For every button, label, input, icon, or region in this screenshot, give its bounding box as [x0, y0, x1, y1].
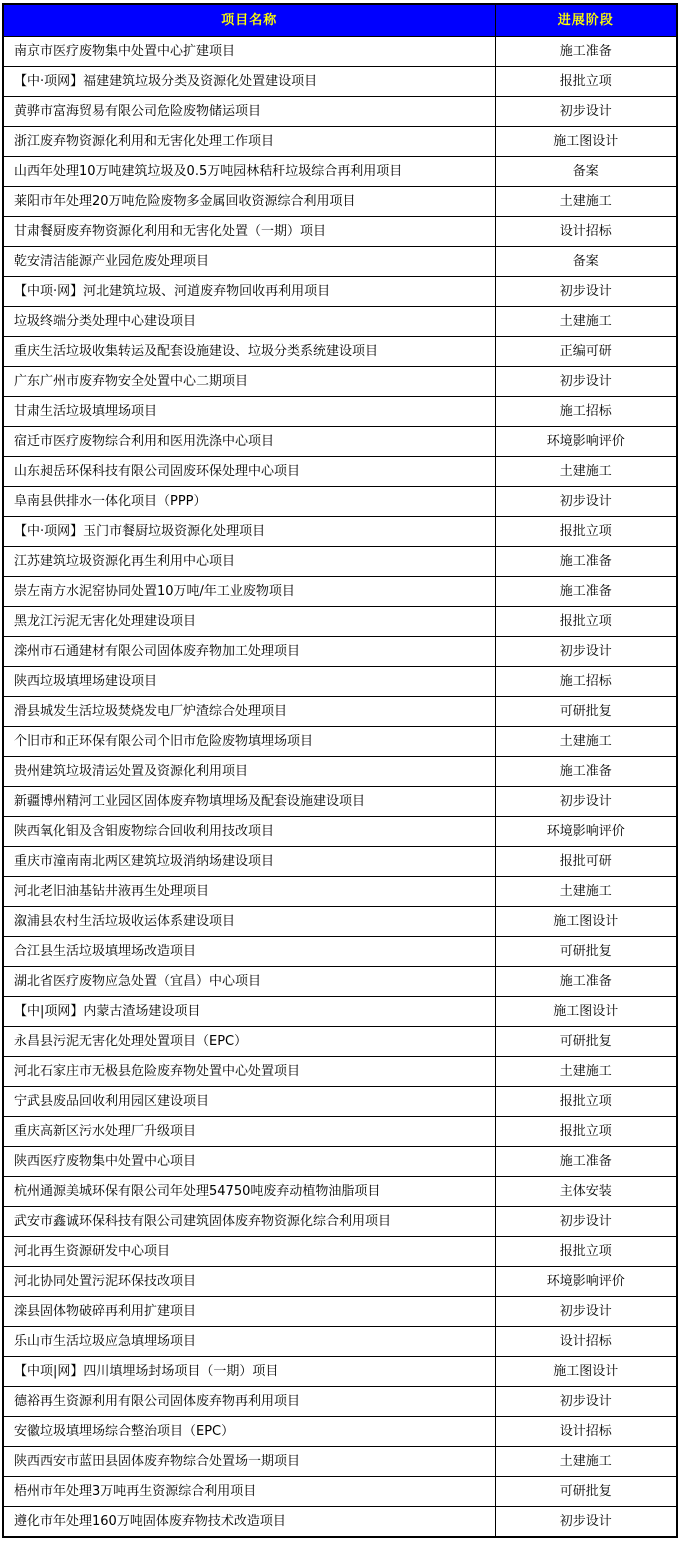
project-name-cell: 重庆高新区污水处理厂升级项目	[3, 1117, 495, 1147]
table-row: 重庆高新区污水处理厂升级项目 报批立项	[3, 1117, 677, 1147]
column-header-stage: 进展阶段	[495, 4, 677, 37]
project-name-cell: 合江县生活垃圾填埋场改造项目	[3, 937, 495, 967]
project-name-cell: 陕西氧化钼及含钼废物综合回收利用技改项目	[3, 817, 495, 847]
project-name-cell: 滑县城发生活垃圾焚烧发电厂炉渣综合处理项目	[3, 697, 495, 727]
stage-cell: 环境影响评价	[495, 427, 677, 457]
table-row: 甘肃生活垃圾填埋场项目 施工招标	[3, 397, 677, 427]
table-row: 滑县城发生活垃圾焚烧发电厂炉渣综合处理项目 可研批复	[3, 697, 677, 727]
project-name-cell: 【中|项网】内蒙古渣场建设项目	[3, 997, 495, 1027]
table-row: 滦县固体物破碎再利用扩建项目 初步设计	[3, 1297, 677, 1327]
stage-cell: 报批可研	[495, 847, 677, 877]
stage-cell: 报批立项	[495, 1237, 677, 1267]
table-row: 德裕再生资源利用有限公司固体废弃物再利用项目 初步设计	[3, 1387, 677, 1417]
project-name-cell: 贵州建筑垃圾清运处置及资源化利用项目	[3, 757, 495, 787]
table-row: 垃圾终端分类处理中心建设项目 土建施工	[3, 307, 677, 337]
table-row: 陕西氧化钼及含钼废物综合回收利用技改项目 环境影响评价	[3, 817, 677, 847]
project-name-cell: 湖北省医疗废物应急处置（宜昌）中心项目	[3, 967, 495, 997]
stage-cell: 初步设计	[495, 367, 677, 397]
stage-cell: 土建施工	[495, 1447, 677, 1477]
page-body: 项目名称 进展阶段 南京市医疗废物集中处置中心扩建项目 施工准备 【中·项网】福…	[0, 0, 685, 1542]
project-name-cell: 广东广州市废弃物安全处置中心二期项目	[3, 367, 495, 397]
table-row: 梧州市年处理3万吨再生资源综合利用项目 可研批复	[3, 1477, 677, 1507]
stage-cell: 土建施工	[495, 457, 677, 487]
stage-cell: 施工准备	[495, 967, 677, 997]
project-name-cell: 山西年处理10万吨建筑垃圾及0.5万吨园林秸秆垃圾综合再利用项目	[3, 157, 495, 187]
table-row: 阜南县供排水一体化项目（PPP） 初步设计	[3, 487, 677, 517]
stage-cell: 施工图设计	[495, 907, 677, 937]
stage-cell: 土建施工	[495, 307, 677, 337]
stage-cell: 土建施工	[495, 187, 677, 217]
table-row: 安徽垃圾填埋场综合整治项目（EPC） 设计招标	[3, 1417, 677, 1447]
table-row: 杭州通源美城环保有限公司年处理54750吨废弃动植物油脂项目 主体安装	[3, 1177, 677, 1207]
column-header-project-name: 项目名称	[3, 4, 495, 37]
table-row: 陕西垃圾填埋场建设项目 施工招标	[3, 667, 677, 697]
table-row: 甘肃餐厨废弃物资源化利用和无害化处置（一期）项目 设计招标	[3, 217, 677, 247]
table-row: 山西年处理10万吨建筑垃圾及0.5万吨园林秸秆垃圾综合再利用项目 备案	[3, 157, 677, 187]
table-row: 个旧市和正环保有限公司个旧市危险废物填埋场项目 土建施工	[3, 727, 677, 757]
stage-cell: 报批立项	[495, 1087, 677, 1117]
stage-cell: 报批立项	[495, 607, 677, 637]
table-row: 南京市医疗废物集中处置中心扩建项目 施工准备	[3, 37, 677, 67]
project-name-cell: 重庆生活垃圾收集转运及配套设施建设、垃圾分类系统建设项目	[3, 337, 495, 367]
project-name-cell: 甘肃生活垃圾填埋场项目	[3, 397, 495, 427]
table-row: 【中·项网】福建建筑垃圾分类及资源化处置建设项目 报批立项	[3, 67, 677, 97]
table-row: 浙江废弃物资源化利用和无害化处理工作项目 施工图设计	[3, 127, 677, 157]
stage-cell: 施工招标	[495, 667, 677, 697]
stage-cell: 主体安装	[495, 1177, 677, 1207]
table-row: 宁武县废品回收利用园区建设项目 报批立项	[3, 1087, 677, 1117]
project-name-cell: 遵化市年处理160万吨固体废弃物技术改造项目	[3, 1507, 495, 1538]
project-name-cell: 滦州市石通建材有限公司固体废弃物加工处理项目	[3, 637, 495, 667]
project-name-cell: 黄骅市富海贸易有限公司危险废物储运项目	[3, 97, 495, 127]
project-name-cell: 【中·项网】福建建筑垃圾分类及资源化处置建设项目	[3, 67, 495, 97]
table-row: 崇左南方水泥窑协同处置10万吨/年工业废物项目 施工准备	[3, 577, 677, 607]
table-row: 贵州建筑垃圾清运处置及资源化利用项目 施工准备	[3, 757, 677, 787]
stage-cell: 土建施工	[495, 1057, 677, 1087]
project-name-cell: 江苏建筑垃圾资源化再生利用中心项目	[3, 547, 495, 577]
table-row: 陕西医疗废物集中处置中心项目 施工准备	[3, 1147, 677, 1177]
table-row: 莱阳市年处理20万吨危险废物多金属回收资源综合利用项目 土建施工	[3, 187, 677, 217]
table-row: 河北协同处置污泥环保技改项目 环境影响评价	[3, 1267, 677, 1297]
stage-cell: 初步设计	[495, 1507, 677, 1538]
project-name-cell: 安徽垃圾填埋场综合整治项目（EPC）	[3, 1417, 495, 1447]
project-name-cell: 个旧市和正环保有限公司个旧市危险废物填埋场项目	[3, 727, 495, 757]
table-header: 项目名称 进展阶段	[3, 4, 677, 37]
project-name-cell: 河北石家庄市无极县危险废弃物处置中心处置项目	[3, 1057, 495, 1087]
project-name-cell: 杭州通源美城环保有限公司年处理54750吨废弃动植物油脂项目	[3, 1177, 495, 1207]
stage-cell: 可研批复	[495, 1027, 677, 1057]
table-row: 【中|项网】内蒙古渣场建设项目 施工图设计	[3, 997, 677, 1027]
table-row: 重庆市潼南南北两区建筑垃圾消纳场建设项目 报批可研	[3, 847, 677, 877]
stage-cell: 施工准备	[495, 547, 677, 577]
table-row: 黑龙江污泥无害化处理建设项目 报批立项	[3, 607, 677, 637]
table-row: 江苏建筑垃圾资源化再生利用中心项目 施工准备	[3, 547, 677, 577]
project-name-cell: 永昌县污泥无害化处理处置项目（EPC）	[3, 1027, 495, 1057]
project-name-cell: 垃圾终端分类处理中心建设项目	[3, 307, 495, 337]
project-name-cell: 溆浦县农村生活垃圾收运体系建设项目	[3, 907, 495, 937]
stage-cell: 施工图设计	[495, 127, 677, 157]
stage-cell: 初步设计	[495, 1297, 677, 1327]
stage-cell: 可研批复	[495, 1477, 677, 1507]
stage-cell: 备案	[495, 247, 677, 277]
table-row: 溆浦县农村生活垃圾收运体系建设项目 施工图设计	[3, 907, 677, 937]
table-row: 乐山市生活垃圾应急填埋场项目 设计招标	[3, 1327, 677, 1357]
table-row: 【中·项网】玉门市餐厨垃圾资源化处理项目 报批立项	[3, 517, 677, 547]
table-row: 【中项|网】四川填埋场封场项目（一期）项目 施工图设计	[3, 1357, 677, 1387]
project-name-cell: 南京市医疗废物集中处置中心扩建项目	[3, 37, 495, 67]
project-name-cell: 乾安清洁能源产业园危废处理项目	[3, 247, 495, 277]
project-name-cell: 河北再生资源研发中心项目	[3, 1237, 495, 1267]
stage-cell: 土建施工	[495, 727, 677, 757]
stage-cell: 设计招标	[495, 1417, 677, 1447]
project-name-cell: 浙江废弃物资源化利用和无害化处理工作项目	[3, 127, 495, 157]
table-row: 河北老旧油基钻井液再生处理项目 土建施工	[3, 877, 677, 907]
project-name-cell: 滦县固体物破碎再利用扩建项目	[3, 1297, 495, 1327]
stage-cell: 设计招标	[495, 217, 677, 247]
table-row: 湖北省医疗废物应急处置（宜昌）中心项目 施工准备	[3, 967, 677, 997]
project-name-cell: 阜南县供排水一体化项目（PPP）	[3, 487, 495, 517]
stage-cell: 施工图设计	[495, 1357, 677, 1387]
projects-table: 项目名称 进展阶段 南京市医疗废物集中处置中心扩建项目 施工准备 【中·项网】福…	[2, 3, 678, 1538]
stage-cell: 施工准备	[495, 757, 677, 787]
project-name-cell: 梧州市年处理3万吨再生资源综合利用项目	[3, 1477, 495, 1507]
stage-cell: 施工准备	[495, 37, 677, 67]
project-name-cell: 德裕再生资源利用有限公司固体废弃物再利用项目	[3, 1387, 495, 1417]
stage-cell: 初步设计	[495, 277, 677, 307]
stage-cell: 初步设计	[495, 1207, 677, 1237]
stage-cell: 环境影响评价	[495, 1267, 677, 1297]
header-row: 项目名称 进展阶段	[3, 4, 677, 37]
table-row: 河北再生资源研发中心项目 报批立项	[3, 1237, 677, 1267]
stage-cell: 报批立项	[495, 517, 677, 547]
project-name-cell: 陕西垃圾填埋场建设项目	[3, 667, 495, 697]
stage-cell: 可研批复	[495, 937, 677, 967]
stage-cell: 施工图设计	[495, 997, 677, 1027]
project-name-cell: 陕西西安市蓝田县固体废弃物综合处置场一期项目	[3, 1447, 495, 1477]
stage-cell: 设计招标	[495, 1327, 677, 1357]
project-name-cell: 【中·项网】玉门市餐厨垃圾资源化处理项目	[3, 517, 495, 547]
project-name-cell: 河北老旧油基钻井液再生处理项目	[3, 877, 495, 907]
project-name-cell: 黑龙江污泥无害化处理建设项目	[3, 607, 495, 637]
stage-cell: 备案	[495, 157, 677, 187]
stage-cell: 土建施工	[495, 877, 677, 907]
stage-cell: 报批立项	[495, 1117, 677, 1147]
stage-cell: 施工准备	[495, 577, 677, 607]
table-row: 黄骅市富海贸易有限公司危险废物储运项目 初步设计	[3, 97, 677, 127]
stage-cell: 初步设计	[495, 1387, 677, 1417]
project-name-cell: 武安市鑫诚环保科技有限公司建筑固体废弃物资源化综合利用项目	[3, 1207, 495, 1237]
project-name-cell: 山东昶岳环保科技有限公司固废环保处理中心项目	[3, 457, 495, 487]
stage-cell: 报批立项	[495, 67, 677, 97]
table-row: 宿迁市医疗废物综合利用和医用洗涤中心项目 环境影响评价	[3, 427, 677, 457]
stage-cell: 初步设计	[495, 637, 677, 667]
table-row: 遵化市年处理160万吨固体废弃物技术改造项目 初步设计	[3, 1507, 677, 1538]
table-row: 永昌县污泥无害化处理处置项目（EPC） 可研批复	[3, 1027, 677, 1057]
stage-cell: 施工准备	[495, 1147, 677, 1177]
stage-cell: 环境影响评价	[495, 817, 677, 847]
stage-cell: 可研批复	[495, 697, 677, 727]
project-name-cell: 【中项·网】河北建筑垃圾、河道废弃物回收再利用项目	[3, 277, 495, 307]
table-row: 乾安清洁能源产业园危废处理项目 备案	[3, 247, 677, 277]
table-row: 【中项·网】河北建筑垃圾、河道废弃物回收再利用项目 初步设计	[3, 277, 677, 307]
table-row: 滦州市石通建材有限公司固体废弃物加工处理项目 初步设计	[3, 637, 677, 667]
project-name-cell: 宁武县废品回收利用园区建设项目	[3, 1087, 495, 1117]
table-row: 武安市鑫诚环保科技有限公司建筑固体废弃物资源化综合利用项目 初步设计	[3, 1207, 677, 1237]
stage-cell: 初步设计	[495, 787, 677, 817]
table-row: 新疆博州精河工业园区固体废弃物填埋场及配套设施建设项目 初步设计	[3, 787, 677, 817]
project-name-cell: 乐山市生活垃圾应急填埋场项目	[3, 1327, 495, 1357]
stage-cell: 施工招标	[495, 397, 677, 427]
table-row: 重庆生活垃圾收集转运及配套设施建设、垃圾分类系统建设项目 正编可研	[3, 337, 677, 367]
table-row: 河北石家庄市无极县危险废弃物处置中心处置项目 土建施工	[3, 1057, 677, 1087]
project-name-cell: 【中项|网】四川填埋场封场项目（一期）项目	[3, 1357, 495, 1387]
project-name-cell: 甘肃餐厨废弃物资源化利用和无害化处置（一期）项目	[3, 217, 495, 247]
project-name-cell: 新疆博州精河工业园区固体废弃物填埋场及配套设施建设项目	[3, 787, 495, 817]
table-row: 广东广州市废弃物安全处置中心二期项目 初步设计	[3, 367, 677, 397]
table-body: 南京市医疗废物集中处置中心扩建项目 施工准备 【中·项网】福建建筑垃圾分类及资源…	[3, 37, 677, 1538]
project-name-cell: 河北协同处置污泥环保技改项目	[3, 1267, 495, 1297]
stage-cell: 正编可研	[495, 337, 677, 367]
project-name-cell: 莱阳市年处理20万吨危险废物多金属回收资源综合利用项目	[3, 187, 495, 217]
table-row: 合江县生活垃圾填埋场改造项目 可研批复	[3, 937, 677, 967]
project-name-cell: 陕西医疗废物集中处置中心项目	[3, 1147, 495, 1177]
project-name-cell: 宿迁市医疗废物综合利用和医用洗涤中心项目	[3, 427, 495, 457]
project-name-cell: 重庆市潼南南北两区建筑垃圾消纳场建设项目	[3, 847, 495, 877]
project-name-cell: 崇左南方水泥窑协同处置10万吨/年工业废物项目	[3, 577, 495, 607]
table-row: 陕西西安市蓝田县固体废弃物综合处置场一期项目 土建施工	[3, 1447, 677, 1477]
table-row: 山东昶岳环保科技有限公司固废环保处理中心项目 土建施工	[3, 457, 677, 487]
stage-cell: 初步设计	[495, 487, 677, 517]
stage-cell: 初步设计	[495, 97, 677, 127]
